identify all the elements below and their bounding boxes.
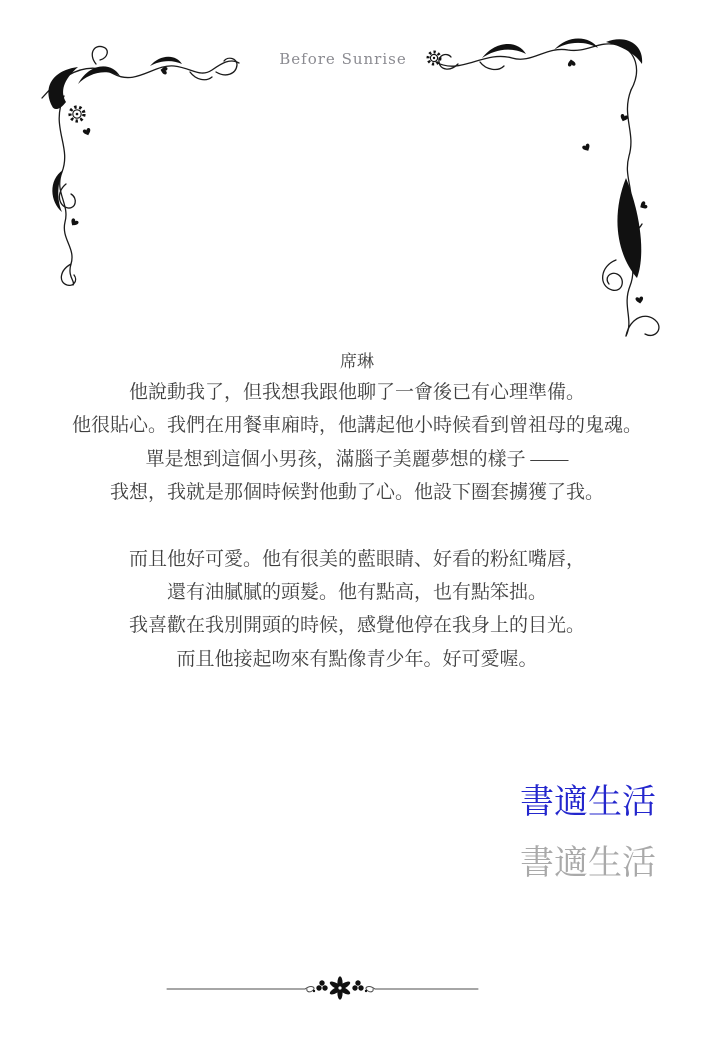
text-line: 他說動我了，但我想我跟他聊了一會後已有心理準備。 [0, 376, 714, 409]
text-line: 而且他接起吻來有點像青少年。好可愛喔。 [0, 643, 714, 676]
watermark-link-primary[interactable]: 書適生活 [520, 783, 656, 823]
top-left-flourish-ornament [30, 34, 245, 286]
side-clover-icon [316, 980, 327, 990]
floral-rule-icon [165, 974, 480, 1004]
vine-flourish-icon [420, 28, 668, 340]
paragraph: 而且他好可愛。他有很美的藍眼睛、好看的粉紅嘴唇， 還有油膩膩的頭髮。他有點高，也… [0, 543, 714, 677]
paragraph: 他說動我了，但我想我跟他聊了一會後已有心理準備。 他很貼心。我們在用餐車廂時，他… [0, 376, 714, 510]
text-line: 單是想到這個小男孩，滿腦子美麗夢想的樣子 —— [0, 443, 714, 476]
watermark-secondary: 書適生活 [520, 844, 656, 884]
rosette-flower-icon [428, 52, 440, 64]
text-line: 我想，我就是那個時候對他動了心。他設下圈套擄獲了我。 [0, 476, 714, 509]
top-right-flourish-ornament [420, 28, 668, 340]
speaker-name: 席琳 [0, 353, 714, 370]
side-clover-icon [352, 980, 363, 990]
page-text: 席琳 他說動我了，但我想我跟他聊了一會後已有心理準備。 他很貼心。我們在用餐車廂… [0, 353, 714, 676]
book-page: { "page": { "type": "book-page", "header… [0, 0, 714, 1051]
center-flower-icon [329, 976, 352, 999]
bottom-divider-ornament [165, 974, 480, 1004]
text-line: 我喜歡在我別開頭的時候，感覺他停在我身上的目光。 [0, 609, 714, 642]
rosette-flower-icon [70, 107, 84, 121]
vine-flourish-icon [30, 34, 245, 286]
text-line: 他很貼心。我們在用餐車廂時，他講起他小時候看到曾祖母的鬼魂。 [0, 409, 714, 442]
text-line: 還有油膩膩的頭髮。他有點高，也有點笨拙。 [0, 576, 714, 609]
text-line: 而且他好可愛。他有很美的藍眼睛、好看的粉紅嘴唇， [0, 543, 714, 576]
